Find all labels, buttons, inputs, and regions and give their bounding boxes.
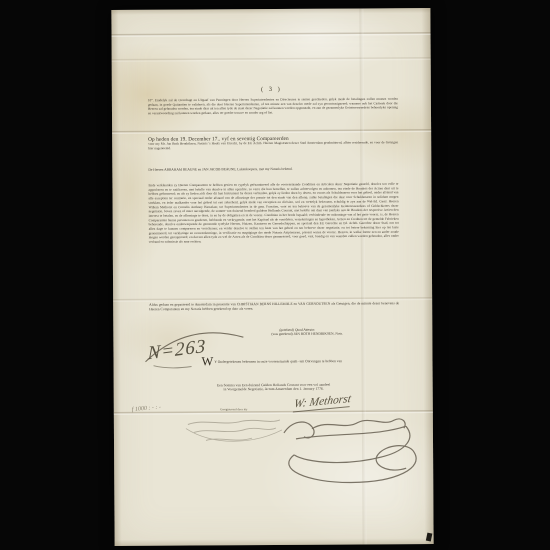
- receipt-text: Y Ondergetekenen bekennen in onze vooren…: [214, 359, 342, 364]
- corner-notch: [426, 533, 433, 542]
- closing-paragraph-wrap: Aldus gedaan en gepasseerd te Amsterdam …: [149, 301, 399, 321]
- document-paper: ( 3 ) 10°. Eindelyk zal de Overdragt en …: [111, 8, 433, 546]
- handwritten-amount: f 1000 : - : -: [132, 404, 162, 413]
- sum-line-2: in Voorgemelde Negotiatie, Actum Amsterd…: [144, 386, 404, 392]
- attest-notary: (was getekend) JAN BOTH HENDRIKSEN, Nots…: [271, 331, 421, 336]
- page-number: ( 3 ): [112, 84, 431, 94]
- photo-background: ( 3 ) 10°. Eindelyk zal de Overdragt en …: [0, 0, 550, 550]
- deed-body-wrap: Ende verklaarden zy Heeren Comparanten t…: [148, 182, 399, 305]
- sum-statement: Een Somma van Een duizend Gulden Holland…: [144, 382, 404, 400]
- clause-paragraph-wrap: 10°. Eindelyk zal de Overdragt en Uitgaa…: [148, 97, 398, 133]
- fold-crease-1: [112, 32, 431, 37]
- parties-paragraph-wrap: De Heeren ABRAHAM BEAUNE en JAN JACOB BE…: [148, 166, 398, 177]
- deed-body: Ende verklaarden zy Heeren Comparanten t…: [148, 182, 398, 244]
- opening-rest: voor my Mr. Jan Both Hendriksen, Notaris…: [148, 141, 398, 151]
- attestation: (getekend) Quod Attestor. (was getekend)…: [271, 327, 421, 344]
- signature-paraph-icon: [266, 410, 436, 493]
- receipt-dropcap: W: [201, 356, 214, 367]
- closing-paragraph: Aldus gedaan en gepasseerd te Amsterdam …: [149, 301, 399, 312]
- clause-paragraph: 10°. Eindelyk zal de Overdragt en Uitgaa…: [148, 97, 398, 116]
- opening-paragraph-wrap: Op heden den 19. December 17.. vyf en se…: [148, 135, 398, 165]
- parties-paragraph: De Heeren ABRAHAM BEAUNE en JAN JACOB BE…: [148, 166, 398, 172]
- fold-crease-2: [112, 57, 431, 62]
- receipt-paragraph-wrap: W Y Ondergetekenen bekennen in onze voor…: [201, 355, 396, 377]
